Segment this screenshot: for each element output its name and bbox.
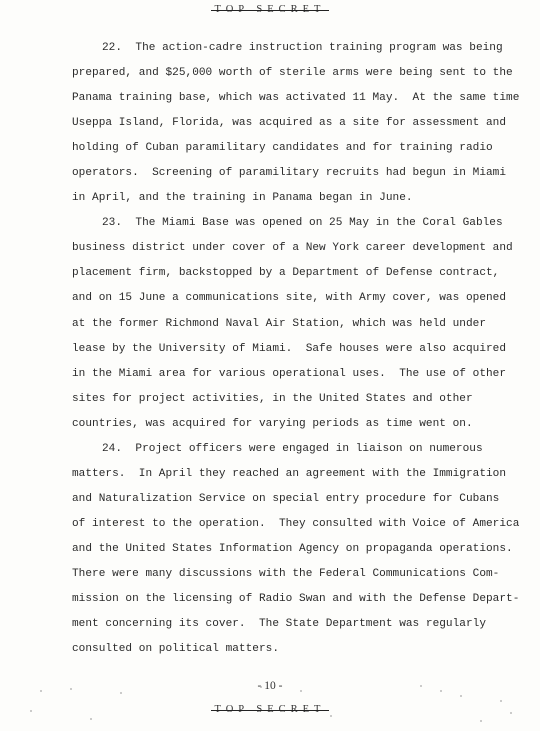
line-text: Panama training base, which was activate… (72, 92, 519, 104)
line-text: There were many discussions with the Fed… (72, 568, 499, 580)
scan-artifact (90, 718, 92, 720)
line-text: sites for project activities, in the Uni… (72, 393, 473, 405)
paragraph-line: business district under cover of a New Y… (72, 236, 512, 261)
paragraph-line: countries, was acquired for varying peri… (72, 412, 512, 437)
line-text: matters. In April they reached an agreem… (72, 468, 506, 480)
paragraph-line: mission on the licensing of Radio Swan a… (72, 587, 512, 612)
paragraph-first-line: 24. Project officers were engaged in lia… (72, 437, 512, 462)
line-text: The Miami Base was opened on 25 May in t… (135, 217, 502, 229)
paragraph-line: in April, and the training in Panama beg… (72, 186, 512, 211)
paragraph-line: and on 15 June a communications site, wi… (72, 286, 512, 311)
line-text: operators. Screening of paramilitary rec… (72, 167, 506, 179)
line-text: and the United States Information Agency… (72, 543, 513, 555)
line-text: Useppa Island, Florida, was acquired as … (72, 117, 506, 129)
line-text: consulted on political matters. (72, 643, 279, 655)
paragraph-line: and Naturalization Service on special en… (72, 487, 512, 512)
line-text: holding of Cuban paramilitary candidates… (72, 142, 493, 154)
paragraph-22: 22. The action-cadre instruction trainin… (72, 36, 512, 211)
paragraph-line: sites for project activities, in the Uni… (72, 387, 512, 412)
line-text: and on 15 June a communications site, wi… (72, 292, 506, 304)
paragraph-line: at the former Richmond Naval Air Station… (72, 312, 512, 337)
scan-artifact (500, 700, 502, 702)
paragraph-line: Panama training base, which was activate… (72, 86, 512, 111)
line-text: prepared, and $25,000 worth of sterile a… (72, 67, 513, 79)
paragraph-number: 23. (102, 217, 122, 229)
line-text: Project officers were engaged in liaison… (135, 443, 482, 455)
line-text: lease by the University of Miami. Safe h… (72, 343, 506, 355)
paragraph-line: and the United States Information Agency… (72, 537, 512, 562)
scan-artifact (70, 688, 72, 690)
line-text: of interest to the operation. They consu… (72, 518, 519, 530)
line-text: countries, was acquired for varying peri… (72, 418, 473, 430)
classification-marking-bottom: TOP SECRET (211, 704, 330, 715)
paragraph-line: in the Miami area for various operationa… (72, 362, 512, 387)
line-text: in April, and the training in Panama beg… (72, 192, 413, 204)
scan-artifact (120, 692, 122, 694)
line-text: ment concerning its cover. The State Dep… (72, 618, 486, 630)
classification-marking-top: TOP SECRET (211, 4, 330, 15)
paragraph-number: 24. (102, 443, 122, 455)
paragraph-line: ment concerning its cover. The State Dep… (72, 612, 512, 637)
paragraph-line: Useppa Island, Florida, was acquired as … (72, 111, 512, 136)
line-text: at the former Richmond Naval Air Station… (72, 318, 486, 330)
paragraph-line: There were many discussions with the Fed… (72, 562, 512, 587)
document-body: 22. The action-cadre instruction trainin… (72, 36, 512, 662)
scan-artifact (460, 695, 462, 697)
scan-artifact (510, 712, 512, 714)
scan-artifact (300, 690, 302, 692)
page-number: - 10 - (0, 680, 540, 692)
classification-footer: TOP SECRET (0, 704, 540, 715)
scan-artifact (420, 685, 422, 687)
paragraph-line: consulted on political matters. (72, 637, 512, 662)
document-page: TOP SECRET 22. The action-cadre instruct… (0, 0, 540, 731)
paragraph-first-line: 23. The Miami Base was opened on 25 May … (72, 211, 512, 236)
line-text: in the Miami area for various operationa… (72, 368, 506, 380)
scan-artifact (440, 690, 442, 692)
paragraph-line: holding of Cuban paramilitary candidates… (72, 136, 512, 161)
paragraph-line: prepared, and $25,000 worth of sterile a… (72, 61, 512, 86)
scan-artifact (330, 715, 332, 717)
paragraph-line: lease by the University of Miami. Safe h… (72, 337, 512, 362)
scan-artifact (480, 720, 482, 722)
paragraph-number: 22. (102, 42, 122, 54)
scan-artifact (30, 710, 32, 712)
paragraph-23: 23. The Miami Base was opened on 25 May … (72, 211, 512, 436)
paragraph-first-line: 22. The action-cadre instruction trainin… (72, 36, 512, 61)
paragraph-24: 24. Project officers were engaged in lia… (72, 437, 512, 662)
scan-artifact (260, 686, 262, 688)
line-text: mission on the licensing of Radio Swan a… (72, 593, 519, 605)
paragraph-line: matters. In April they reached an agreem… (72, 462, 512, 487)
line-text: business district under cover of a New Y… (72, 242, 513, 254)
classification-header: TOP SECRET (0, 4, 540, 15)
paragraph-line: operators. Screening of paramilitary rec… (72, 161, 512, 186)
line-text: The action-cadre instruction training pr… (135, 42, 502, 54)
scan-artifact (40, 690, 42, 692)
line-text: placement firm, backstopped by a Departm… (72, 267, 499, 279)
paragraph-line: placement firm, backstopped by a Departm… (72, 261, 512, 286)
line-text: and Naturalization Service on special en… (72, 493, 499, 505)
paragraph-line: of interest to the operation. They consu… (72, 512, 512, 537)
